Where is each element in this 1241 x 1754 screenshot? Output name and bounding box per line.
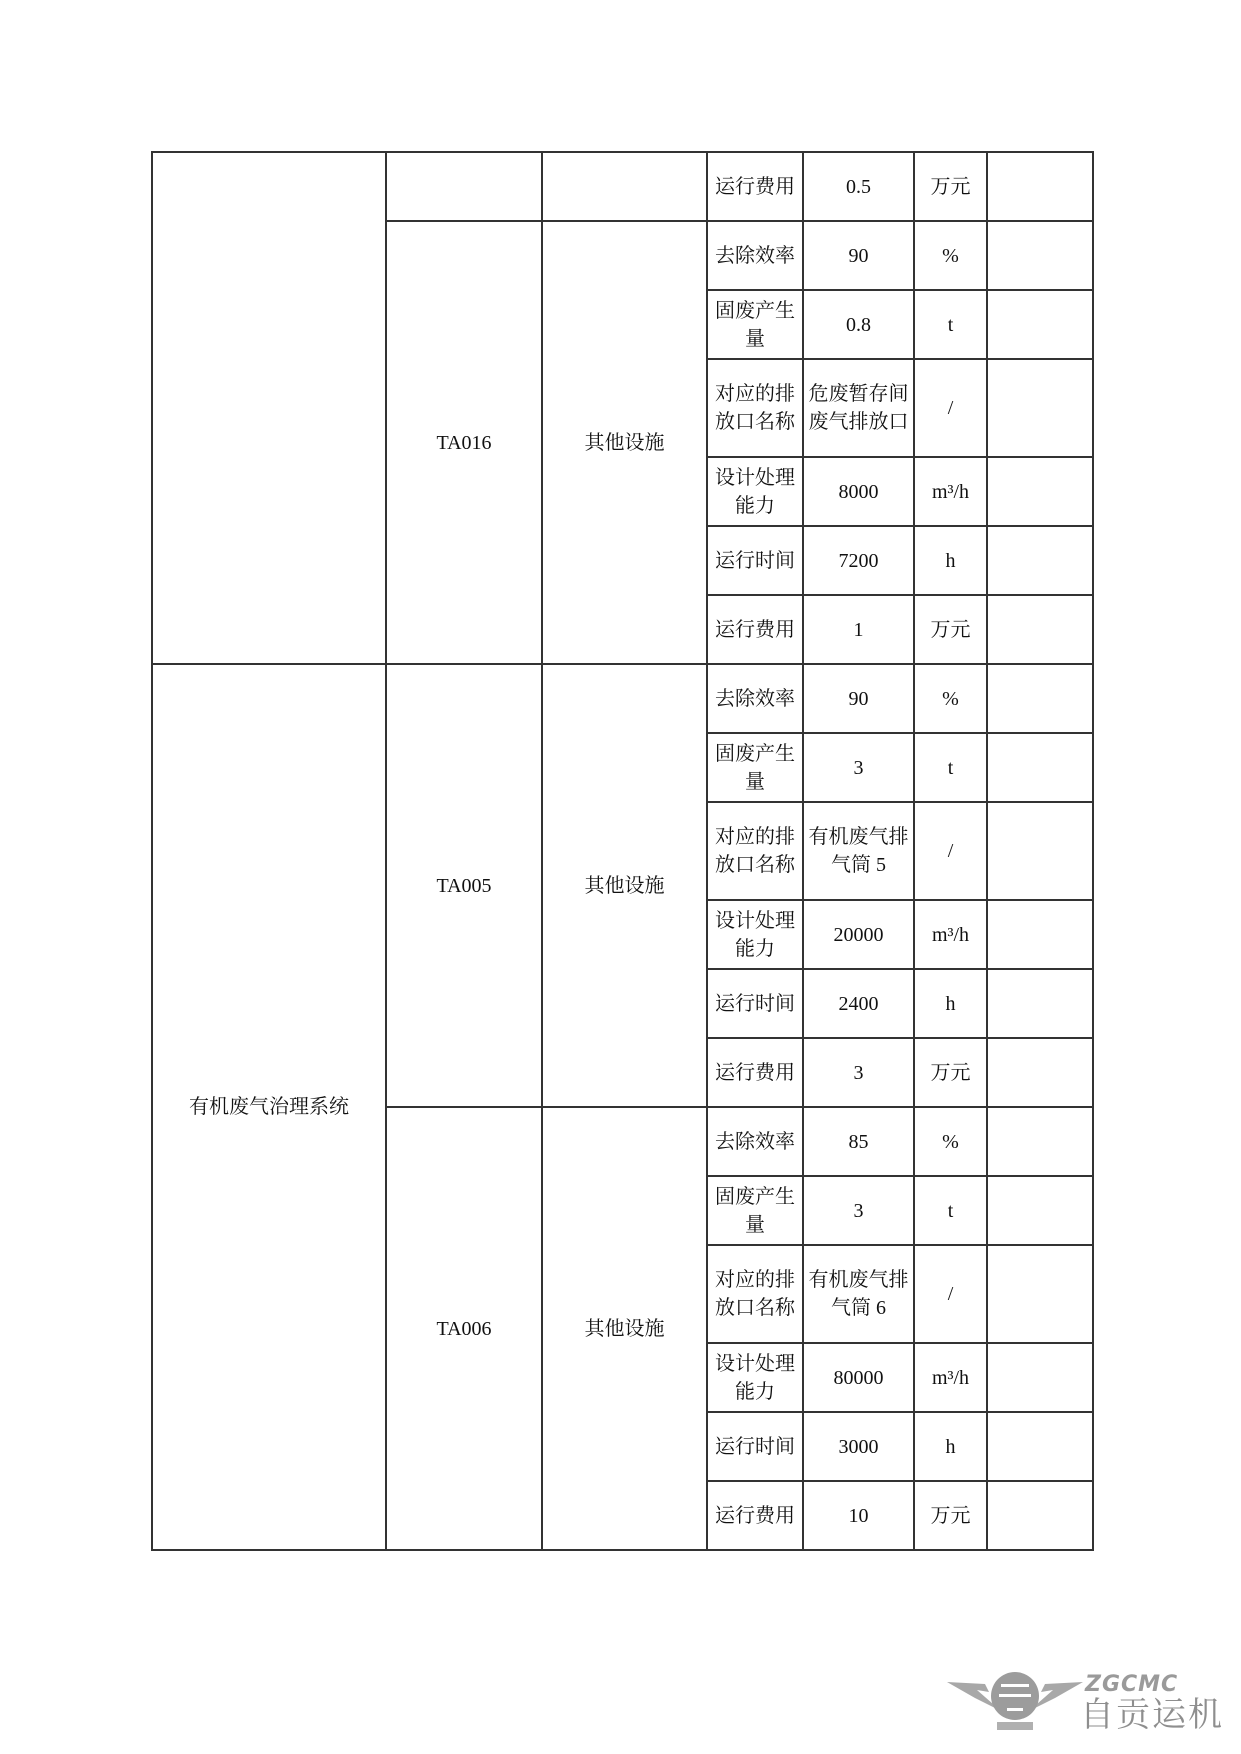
value-cell: 3000 [803,1412,914,1481]
value-cell: 1 [803,595,914,664]
equipment-code-cell: TA016 [386,221,542,664]
unit-cell: h [914,526,987,595]
value-cell: 7200 [803,526,914,595]
value-cell: 危废暂存间废气排放口 [803,359,914,457]
system-cell: 有机废气治理系统 [152,664,386,1550]
param-cell: 设计处理能力 [707,457,803,526]
note-cell [987,290,1093,359]
note-cell [987,221,1093,290]
value-cell: 20000 [803,900,914,969]
note-cell [987,1343,1093,1412]
value-cell: 2400 [803,969,914,1038]
value-cell: 80000 [803,1343,914,1412]
value-cell: 0.8 [803,290,914,359]
param-cell: 运行费用 [707,595,803,664]
unit-cell: h [914,1412,987,1481]
equipment-type-cell [542,152,707,221]
value-cell: 10 [803,1481,914,1550]
value-cell: 8000 [803,457,914,526]
equipment-type-cell: 其他设施 [542,221,707,664]
unit-cell: % [914,1107,987,1176]
equipment-code-cell [386,152,542,221]
note-cell [987,1412,1093,1481]
unit-cell: % [914,664,987,733]
param-cell: 去除效率 [707,1107,803,1176]
unit-cell: h [914,969,987,1038]
value-cell: 有机废气排气筒 5 [803,802,914,900]
unit-cell: 万元 [914,152,987,221]
param-cell: 固废产生量 [707,733,803,802]
note-cell [987,664,1093,733]
param-cell: 去除效率 [707,221,803,290]
param-cell: 运行费用 [707,152,803,221]
value-cell: 85 [803,1107,914,1176]
param-cell: 设计处理能力 [707,900,803,969]
emission-treatment-table: 运行费用 0.5 万元 TA016 其他设施 去除效率 90 % 固废产生量 0… [151,151,1094,1551]
watermark-logo: ZGCMC 自贡运机 [945,1670,1235,1735]
value-cell: 3 [803,733,914,802]
note-cell [987,733,1093,802]
brand-chinese-text: 自贡运机 [1080,1696,1224,1734]
winged-helmet-logo-icon [945,1670,1085,1735]
value-cell: 3 [803,1176,914,1245]
param-cell: 对应的排放口名称 [707,359,803,457]
note-cell [987,359,1093,457]
equipment-code-cell: TA006 [386,1107,542,1550]
unit-cell: / [914,359,987,457]
value-cell: 0.5 [803,152,914,221]
param-cell: 运行费用 [707,1481,803,1550]
value-cell: 90 [803,221,914,290]
equipment-type-cell: 其他设施 [542,664,707,1107]
unit-cell: % [914,221,987,290]
unit-cell: 万元 [914,1038,987,1107]
equipment-type-cell: 其他设施 [542,1107,707,1550]
note-cell [987,1176,1093,1245]
value-cell: 有机废气排气筒 6 [803,1245,914,1343]
unit-cell: / [914,802,987,900]
note-cell [987,1481,1093,1550]
unit-cell: m³/h [914,457,987,526]
note-cell [987,802,1093,900]
note-cell [987,1245,1093,1343]
note-cell [987,152,1093,221]
brand-latin-text: ZGCMC [1085,1672,1178,1697]
note-cell [987,1038,1093,1107]
note-cell [987,457,1093,526]
param-cell: 固废产生量 [707,1176,803,1245]
param-cell: 去除效率 [707,664,803,733]
value-cell: 90 [803,664,914,733]
note-cell [987,595,1093,664]
unit-cell: 万元 [914,595,987,664]
unit-cell: m³/h [914,900,987,969]
param-cell: 固废产生量 [707,290,803,359]
value-cell: 3 [803,1038,914,1107]
unit-cell: t [914,290,987,359]
table-row: 运行费用 0.5 万元 [152,152,1093,221]
param-cell: 运行时间 [707,1412,803,1481]
system-cell [152,152,386,664]
unit-cell: t [914,1176,987,1245]
unit-cell: / [914,1245,987,1343]
table-row: 有机废气治理系统 TA005 其他设施 去除效率 90 % [152,664,1093,733]
note-cell [987,900,1093,969]
param-cell: 运行时间 [707,969,803,1038]
param-cell: 运行时间 [707,526,803,595]
param-cell: 运行费用 [707,1038,803,1107]
equipment-code-cell: TA005 [386,664,542,1107]
note-cell [987,969,1093,1038]
unit-cell: t [914,733,987,802]
note-cell [987,1107,1093,1176]
param-cell: 设计处理能力 [707,1343,803,1412]
param-cell: 对应的排放口名称 [707,1245,803,1343]
unit-cell: m³/h [914,1343,987,1412]
param-cell: 对应的排放口名称 [707,802,803,900]
unit-cell: 万元 [914,1481,987,1550]
note-cell [987,526,1093,595]
